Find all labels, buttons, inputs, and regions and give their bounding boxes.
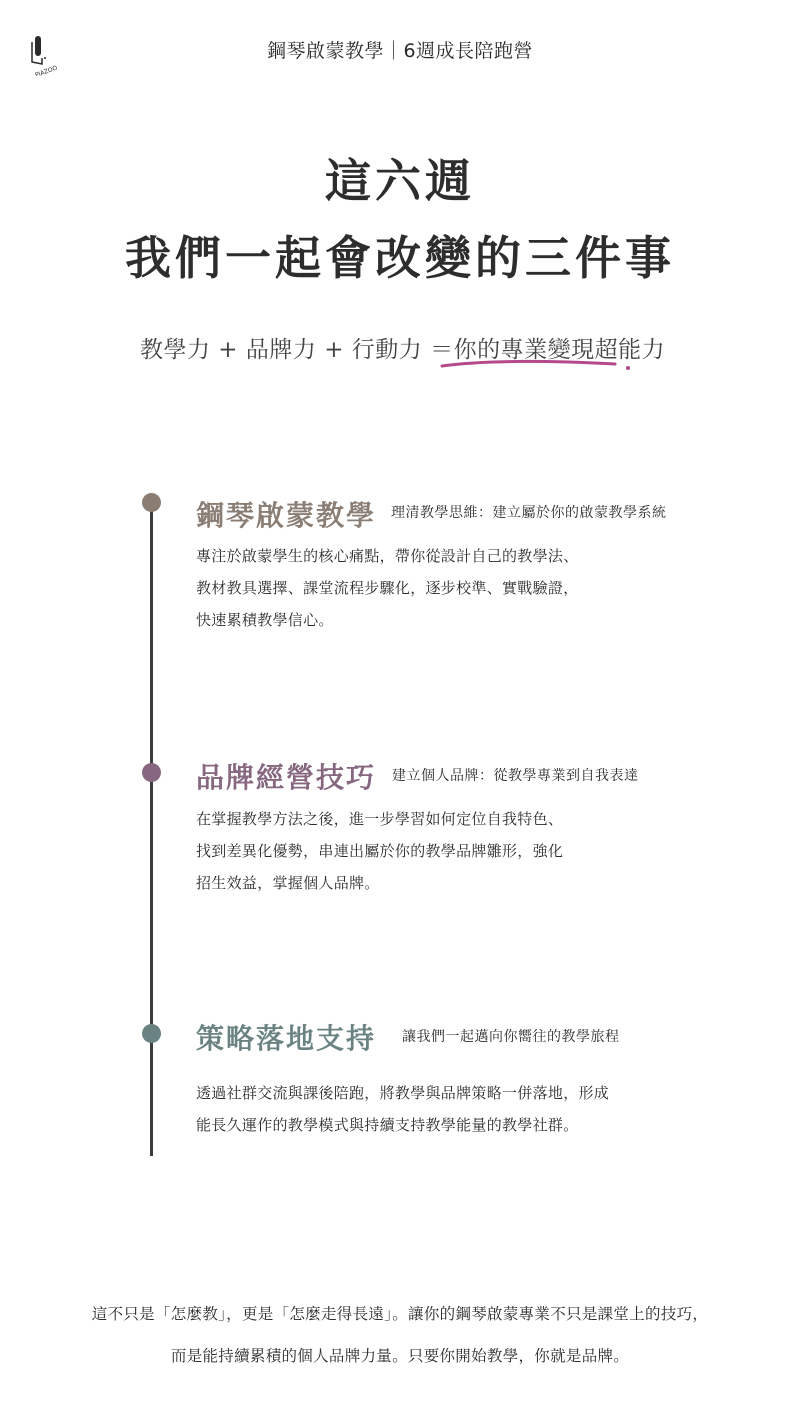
body-line: 在掌握教學方法之後，進一步學習如何定位自我特色、: [196, 803, 563, 835]
svg-text:PIAZOO: PIAZOO: [34, 65, 58, 76]
timeline-dot-teaching: [142, 493, 161, 512]
timeline-dot-strategy: [142, 1024, 161, 1043]
body-line: 教材教具選擇、課堂流程步驟化，逐步校準、實戰驗證，: [196, 572, 579, 604]
footer-line1: 這不只是「怎麼教」，更是「怎麼走得長遠」。讓你的鋼琴啟蒙專業不只是課堂上的技巧，: [0, 1302, 800, 1324]
main-title-line1: 這六週: [0, 145, 800, 211]
section-body-strategy: 透過社群交流與課後陪跑，將教學與品牌策略一併落地，形成 能長久運作的教學模式與持…: [196, 1077, 609, 1141]
body-line: 專注於啟蒙學生的核心痛點，帶你從設計自己的教學法、: [196, 540, 579, 572]
body-line: 招生效益，掌握個人品牌。: [196, 867, 563, 899]
section-body-branding: 在掌握教學方法之後，進一步學習如何定位自我特色、 找到差異化優勢，串連出屬於你的…: [196, 803, 563, 899]
section-title-branding: 品牌經營技巧: [196, 756, 376, 796]
main-title-line2: 我們一起會改變的三件事: [0, 222, 800, 288]
body-line: 透過社群交流與課後陪跑，將教學與品牌策略一併落地，形成: [196, 1077, 609, 1109]
section-subtitle-teaching: 理清教學思維：建立屬於你的啟蒙教學系統: [391, 502, 667, 522]
footer-line2: 而是能持續累積的個人品牌力量。只要你開始教學，你就是品牌。: [0, 1344, 800, 1366]
section-subtitle-branding: 建立個人品牌：從教學專業到自我表達: [392, 765, 639, 785]
body-line: 找到差異化優勢，串連出屬於你的教學品牌雛形，強化: [196, 835, 563, 867]
timeline-line: [150, 502, 153, 1156]
body-line: 快速累積教學信心。: [196, 604, 579, 636]
body-line: 能長久運作的教學模式與持續支持教學能量的教學社群。: [196, 1109, 609, 1141]
section-title-teaching: 鋼琴啟蒙教學: [196, 494, 376, 534]
formula-plain: 教學力 + 品牌力 + 行動力 ＝: [140, 337, 454, 363]
section-subtitle-strategy: 讓我們一起邁向你嚮往的教學旅程: [402, 1026, 620, 1046]
highlight-underline-icon: [440, 356, 640, 372]
timeline-dot-branding: [142, 763, 161, 782]
header-title: 鋼琴啟蒙教學｜6週成長陪跑營: [0, 36, 800, 63]
section-title-strategy: 策略落地支持: [196, 1017, 376, 1057]
section-body-teaching: 專注於啟蒙學生的核心痛點，帶你從設計自己的教學法、 教材教具選擇、課堂流程步驟化…: [196, 540, 579, 636]
